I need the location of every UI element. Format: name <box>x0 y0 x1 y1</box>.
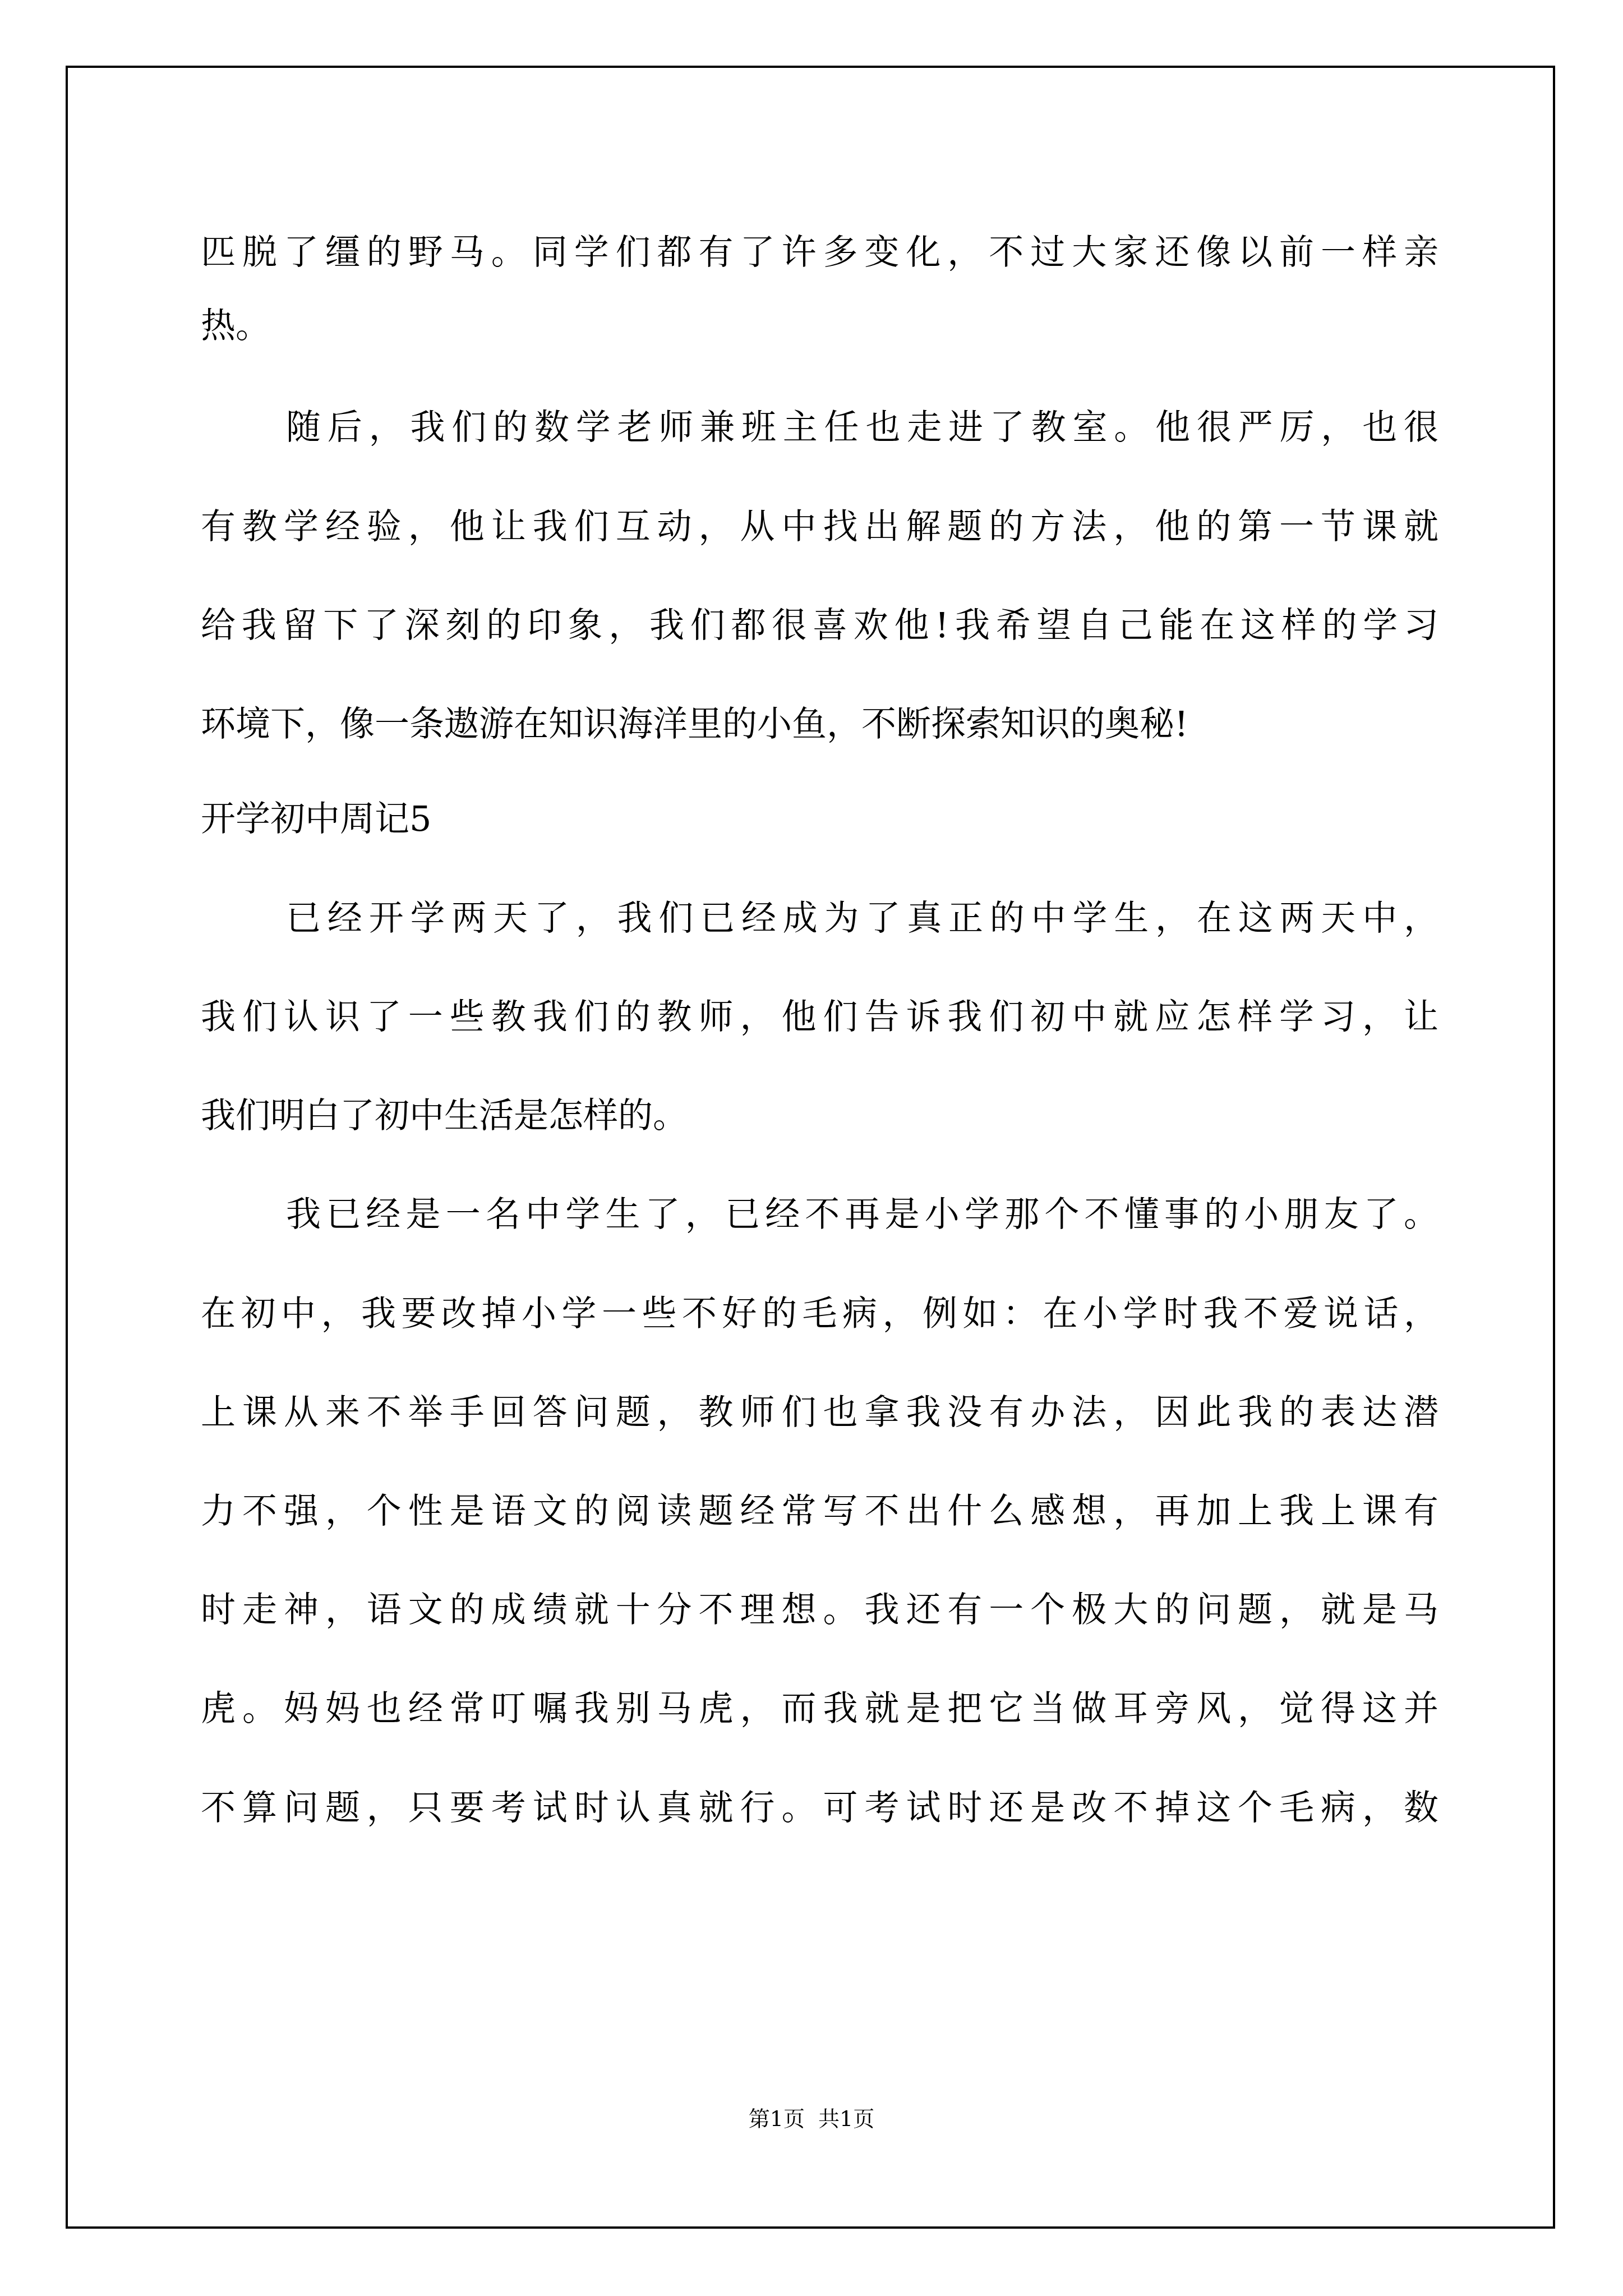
text-line: 在初中，我要改掉小学一些不好的毛病，例如：在小学时我不爱说话， <box>201 1291 1438 1336</box>
text-line: 时走神，语文的成绩就十分不理想。我还有一个极大的问题，就是马 <box>201 1588 1438 1632</box>
text-line: 我们认识了一些教我们的教师，他们告诉我们初中就应怎样学习，让 <box>201 995 1438 1039</box>
current-page-label: 第1页 <box>749 2106 805 2131</box>
text-line: 随后，我们的数学老师兼班主任也走进了教室。他很严厉，也很 <box>201 405 1438 450</box>
text-line: 给我留下了深刻的印象，我们都很喜欢他!我希望自己能在这样的学习 <box>201 603 1438 648</box>
page-footer: 第1页 共1页 <box>0 2105 1623 2133</box>
text-line: 我们明白了初中生活是怎样的。 <box>201 1093 1438 1138</box>
section-heading: 开学初中周记5 <box>201 797 1438 841</box>
text-line: 上课从来不举手回答问题，教师们也拿我没有办法，因此我的表达潜 <box>201 1390 1438 1435</box>
text-line: 有教学经验，他让我们互动，从中找出解题的方法，他的第一节课就 <box>201 504 1438 549</box>
text-line: 环境下，像一条遨游在知识海洋里的小鱼，不断探索知识的奥秘! <box>201 702 1438 747</box>
text-line: 热。 <box>201 303 1438 348</box>
text-line: 我已经是一名中学生了，已经不再是小学那个不懂事的小朋友了。 <box>201 1192 1438 1237</box>
total-pages-label: 共1页 <box>818 2106 874 2131</box>
text-line: 已经开学两天了，我们已经成为了真正的中学生，在这两天中， <box>201 896 1438 941</box>
text-line: 虎。妈妈也经常叮嘱我别马虎，而我就是把它当做耳旁风，觉得这并 <box>201 1686 1438 1731</box>
text-line: 不算问题，只要考试时认真就行。可考试时还是改不掉这个毛病，数 <box>201 1786 1438 1830</box>
text-line: 匹脱了缰的野马。同学们都有了许多变化，不过大家还像以前一样亲 <box>201 230 1438 275</box>
page-border <box>66 66 1555 2229</box>
text-line: 力不强，个性是语文的阅读题经常写不出什么感想，再加上我上课有 <box>201 1489 1438 1534</box>
